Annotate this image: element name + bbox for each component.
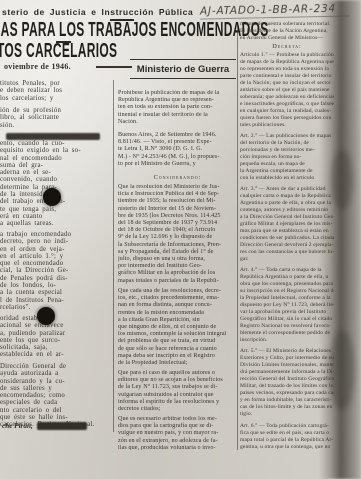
hole-punch bbox=[43, 188, 61, 206]
text-line: Artículo 1.° — Prohíbese la publicación bbox=[240, 52, 334, 59]
decree-summary: Prohíbese la publicación de mapas de laR… bbox=[118, 90, 237, 126]
text-line: Buenos Aires, 2 de Setiembre de 1946. bbox=[118, 132, 237, 139]
text-line: a trabajo encomendado bbox=[0, 231, 110, 238]
text-line: no representen en toda su extensión la bbox=[240, 66, 334, 73]
text-line: la Subsecretaría de Informaciones, Pren- bbox=[118, 242, 237, 249]
text-line: El Presidente de la Nación Argentina, bbox=[240, 28, 334, 35]
text-line: llas que, producidas voluntaria o invo- bbox=[118, 445, 237, 450]
text-line: gentina, u otra que la contenga, que no bbox=[240, 444, 334, 451]
text-line: to por el Ministro de Guerra, y bbox=[118, 161, 237, 168]
considerando-paragraph: Que la resolución del Ministerio de Jus-… bbox=[118, 184, 237, 285]
text-line: decreto, pero no indi- bbox=[0, 238, 110, 245]
considerando-paragraph: Que es necesario arbitrar todos los me-d… bbox=[118, 416, 237, 450]
text-line: sa y Propaganda, del Estado del 1° de bbox=[118, 249, 237, 256]
text-line: de sus talleres y bbox=[0, 385, 110, 392]
text-line: a aquellas tareas. bbox=[0, 220, 110, 227]
text-line: de la Nación; que no incluyan el sector bbox=[240, 80, 334, 87]
text-line: Nación. bbox=[118, 119, 237, 126]
considerando-paragraph: Que para el caso de aquellos autores oed… bbox=[118, 370, 237, 413]
signature-smudge bbox=[37, 422, 87, 430]
text-line: suma del gra- bbox=[0, 162, 110, 169]
date-paragraph: Buenos Aires, 2 de Setiembre de 1946.8.8… bbox=[118, 132, 237, 168]
left-text-block: a trabajo encomendadodecreto, pero no in… bbox=[0, 231, 110, 311]
text-line: ayuda autorizada a bbox=[0, 370, 110, 377]
text-line: que ninguno de ellos, ni el conjunto de bbox=[118, 324, 237, 331]
left-text-block: oridad establecidaacional se enclavecea,… bbox=[0, 315, 110, 359]
text-line: especiales de cada bbox=[0, 399, 110, 406]
text-line: ión de su profesión bbox=[0, 107, 110, 114]
scanned-document-page: AJ-ATADO-1-BB-AR-234 sterio de Justicia … bbox=[0, 0, 361, 479]
text-line: que éste se halle ins- bbox=[0, 414, 110, 421]
text-line: en el orden de veja- bbox=[0, 246, 110, 253]
text-line: los mismos, contemple la solución integr… bbox=[118, 331, 237, 338]
article-3: Art. 3.° — Antes de dar a publicidadcual… bbox=[240, 186, 334, 264]
text-line: mapas totales o parciales de la Repúbli- bbox=[118, 278, 237, 285]
text-line: aderna en el se- bbox=[0, 169, 110, 176]
text-line: dispuesto por Ley N° 11.723, deberá lle- bbox=[240, 302, 334, 309]
text-line: ten en toda su extensión la parte con- bbox=[118, 104, 237, 111]
text-line: vulgarían substraídos al contralor que bbox=[118, 392, 237, 399]
text-line: zón en el extranjero, no adolezca de fa- bbox=[118, 438, 237, 445]
text-line: bre de 1935 (los Decretos Nros. 114.425 bbox=[118, 213, 237, 220]
redaction-smudge bbox=[6, 133, 100, 140]
text-line: Art. 4.° — Toda carta o mapa de la bbox=[240, 267, 334, 274]
right-column: miento de nuestra soberanía territorial.… bbox=[240, 21, 334, 451]
text-line: mapa total o parcial de la República Ar- bbox=[240, 437, 334, 444]
text-line: e deben realizar los bbox=[0, 87, 110, 94]
text-line: de mapas de la República Argentina que bbox=[240, 59, 334, 66]
text-line: Que la resolución del Ministerio de Jus- bbox=[118, 184, 237, 191]
hole-punch bbox=[37, 307, 55, 325]
article-1: Artículo 1.° — Prohíbese la publicaciónd… bbox=[240, 52, 334, 130]
text-line: encomendados; como bbox=[0, 392, 110, 399]
text-line: nal el encomendado bbox=[0, 155, 110, 162]
text-line: obra que los contenga, presentados para bbox=[240, 281, 334, 288]
text-line: convenido, cuando bbox=[0, 176, 110, 183]
text-line: fica que se edite en el país, sea carta … bbox=[240, 430, 334, 437]
left-text-block: Dirección General deayuda autorizada aon… bbox=[0, 363, 110, 429]
text-line: establecida en el ar- bbox=[0, 351, 110, 358]
left-text-block: titutos Penales, pore deben realizar los… bbox=[0, 80, 110, 102]
text-line: ción impresa en forma no- bbox=[240, 154, 334, 161]
text-line: onsiderando y la cu- bbox=[0, 378, 110, 385]
text-line: gráfico Militar en la aprobación de los bbox=[118, 270, 237, 277]
text-line: dios para que la cartografía que se di- bbox=[118, 423, 237, 430]
text-line: erá en cuanto bbox=[0, 213, 110, 220]
text-line: Exteriores y Culto, por intermedio de su bbox=[240, 355, 334, 362]
considerando-label: Considerando: bbox=[118, 174, 237, 181]
text-line: miento de nuestra soberanía territorial. bbox=[240, 21, 334, 28]
text-line: informa el espíritu de las resoluciones … bbox=[118, 399, 237, 406]
text-line: te que tenga país, bbox=[0, 206, 110, 213]
middle-column: Prohíbese la publicación de mapas de laR… bbox=[118, 90, 237, 450]
text-line: gráfico Militar 4 ejemplares de los mis- bbox=[240, 221, 334, 228]
text-line: decretos citados; bbox=[118, 406, 237, 413]
text-line: de la Propiedad Intelectual; bbox=[118, 360, 237, 367]
text-line: tales publicaciones. bbox=[240, 122, 334, 129]
decreta-label: Decreta: bbox=[240, 43, 334, 50]
signature-row: che Pirán, bbox=[2, 422, 87, 430]
text-line: cualquier carta o mapa de la República bbox=[240, 193, 334, 200]
text-line: 9° de la Ley 12.696 y lo dispuesto de bbox=[118, 234, 237, 241]
text-line: Que cada una de las resoluciones, decre- bbox=[118, 288, 237, 295]
text-line: Art. 5.° — El Ministerio de Relaciones bbox=[240, 348, 334, 355]
text-line: l de Institutos Pena- bbox=[0, 297, 110, 304]
text-line: rección General del Instituto Geográfico bbox=[240, 376, 334, 383]
text-line: tinental e insular del territorio de la bbox=[118, 112, 237, 119]
text-line: nan en forma distinta, aunque concu- bbox=[118, 302, 237, 309]
text-line: titutos Penales, por bbox=[0, 80, 110, 87]
text-line: que el encomendado bbox=[0, 260, 110, 267]
text-line: solicitada, saja, bbox=[0, 344, 110, 351]
text-line: ente los que surco- bbox=[0, 337, 110, 344]
text-line: mos para que se establezca si están en bbox=[240, 228, 334, 235]
text-line: te Letra I, R.N° 3090 (D. G. I. G. bbox=[118, 146, 237, 153]
text-line: Art. 2.° — Las publicaciones de mapas bbox=[240, 133, 334, 140]
signature-name: che Pirán, bbox=[2, 422, 33, 430]
text-line: cas de los hitos-límite y de las zonas e… bbox=[240, 404, 334, 411]
text-line: oridad establecida bbox=[0, 315, 110, 322]
text-line: julio, dispuso en una u otra forma, bbox=[118, 256, 237, 263]
dateline: oviembre de 1946. bbox=[4, 62, 71, 71]
ministry-kicker: sterio de Justicia e Instrucción Pública bbox=[2, 7, 252, 17]
text-line: del problema de que se trata, en virtud bbox=[118, 338, 237, 345]
text-line: a la citada Gran Repartición, sin bbox=[118, 317, 237, 324]
text-line: rrentes de la misión encomendada bbox=[118, 310, 237, 317]
article-2: Art. 2.° — Las publicaciones de mapasdel… bbox=[240, 133, 334, 182]
text-line: a la cuenta especial bbox=[0, 289, 110, 296]
gutter-blot bbox=[331, 150, 353, 210]
text-line: Dirección General de bbox=[0, 363, 110, 370]
text-line: tiembre de 1935; la resolución del Mi- bbox=[118, 198, 237, 205]
text-line: República Argentina que no represen- bbox=[118, 97, 237, 104]
dateline-rule bbox=[96, 66, 132, 68]
column-rule-left bbox=[113, 80, 114, 432]
text-line: acional se enclavece bbox=[0, 322, 110, 329]
text-line: quiera fueren los fines perseguidos con bbox=[240, 115, 334, 122]
text-line: blemente el correspondiente pedido de bbox=[240, 330, 334, 337]
text-line: los carcelarios; y bbox=[0, 95, 110, 102]
text-line: con lo establecido en el artículo bbox=[240, 175, 334, 182]
text-line: Dirección General devolverá 2 ejempla- bbox=[240, 242, 334, 249]
text-line: pequeña escala, un mapa de bbox=[240, 161, 334, 168]
continuation-paragraph: miento de nuestra soberanía territorial.… bbox=[240, 21, 334, 42]
text-line: gar. bbox=[240, 256, 334, 263]
text-line: condiciones de ser publicados. La citada bbox=[240, 235, 334, 242]
text-line: del 18 de Septiembre de 1937 y 73.914 bbox=[118, 220, 237, 227]
text-line: rcelarios''. bbox=[0, 304, 110, 311]
text-line: a, pudiendo paralizar bbox=[0, 330, 110, 337]
left-text-block: ento, cuando la cuo-equisito exigido en … bbox=[0, 140, 110, 228]
text-line: Militar, del trazado de los límites con … bbox=[240, 383, 334, 390]
text-line: República Argentina o parte de ella, u bbox=[240, 274, 334, 281]
text-line: sión. bbox=[0, 122, 110, 129]
text-line: en el artículo 1.°; y bbox=[0, 253, 110, 260]
article-4: Art. 4.° — Toda carta o mapa de laRepúbl… bbox=[240, 267, 334, 345]
text-line: mapa deba ser inscripto en el Registro bbox=[118, 353, 237, 360]
text-line: res con las constancias a que hubiere lu… bbox=[240, 249, 334, 256]
headline: IAS PARA LOS TRABAJOS ENCOMENDADOS TOS C… bbox=[0, 20, 177, 62]
section-heading-ministerio-de-guerra: Ministerio de Guerra bbox=[130, 59, 236, 79]
left-text-block: ión de su profesiónlibro, al solicitante… bbox=[0, 107, 110, 129]
text-line: Art. 3.° — Antes de dar a publicidad bbox=[240, 186, 334, 193]
text-line: nisterio del Interior del 15 de Noviem- bbox=[118, 206, 237, 213]
text-line: del territorio de la Nación, de bbox=[240, 140, 334, 147]
text-line: inscripción. bbox=[240, 337, 334, 344]
text-line: Argentina o parte de ella, u obra que la bbox=[240, 200, 334, 207]
considerando-paragraph: Que cada una de las resoluciones, decre-… bbox=[118, 288, 237, 367]
text-line: Art. 6.° — Toda publicación cartográ- bbox=[240, 423, 334, 430]
text-line: ento, cuando la cuo- bbox=[0, 140, 110, 147]
article-6: Art. 6.° — Toda publicación cartográ-fic… bbox=[240, 423, 334, 451]
text-line: equisito exigido en la so- bbox=[0, 147, 110, 154]
text-line: la Argentina completamente de bbox=[240, 168, 334, 175]
text-line: de la Ley N° 11.723, sus trabajos se di- bbox=[118, 384, 237, 391]
text-line: de que sólo se hace referencia a cuanto bbox=[118, 346, 237, 353]
text-line: de Penales podrá dis- bbox=[0, 275, 110, 282]
text-line: Prohíbese la publicación de mapas de la bbox=[118, 90, 237, 97]
text-line: libro, al solicitante bbox=[0, 114, 110, 121]
text-line: vulgue en nuestro país, y con mayor ra- bbox=[118, 430, 237, 437]
text-line: tigio. bbox=[240, 411, 334, 418]
headline-underline-mark bbox=[56, 41, 71, 43]
text-line: parte continental e insular del territor… bbox=[240, 73, 334, 80]
text-line: y en forma indubitable, las característi… bbox=[240, 397, 334, 404]
text-line: Registro Nacional no resolverá favora- bbox=[240, 323, 334, 330]
text-line: nto carcelario o del bbox=[0, 407, 110, 414]
text-line: en Acuerdo General de Ministros— bbox=[240, 35, 334, 42]
column-rule-right bbox=[237, 24, 238, 450]
text-line: M.) - N° 24.253/46 (M. G.), lo propues- bbox=[118, 154, 237, 161]
text-line: de los fondos, lo- bbox=[0, 282, 110, 289]
text-line: ticia e Instrucción Pública del 4 de Sep… bbox=[118, 191, 237, 198]
headline-line-1: IAS PARA LOS TRABAJOS ENCOMENDADOS bbox=[0, 20, 177, 41]
text-line: contenga, autores y editores remitirán bbox=[240, 207, 334, 214]
article-5: Art. 5.° — El Ministerio de RelacionesEx… bbox=[240, 348, 334, 418]
text-line: cial, la Dirección Ge- bbox=[0, 267, 110, 274]
